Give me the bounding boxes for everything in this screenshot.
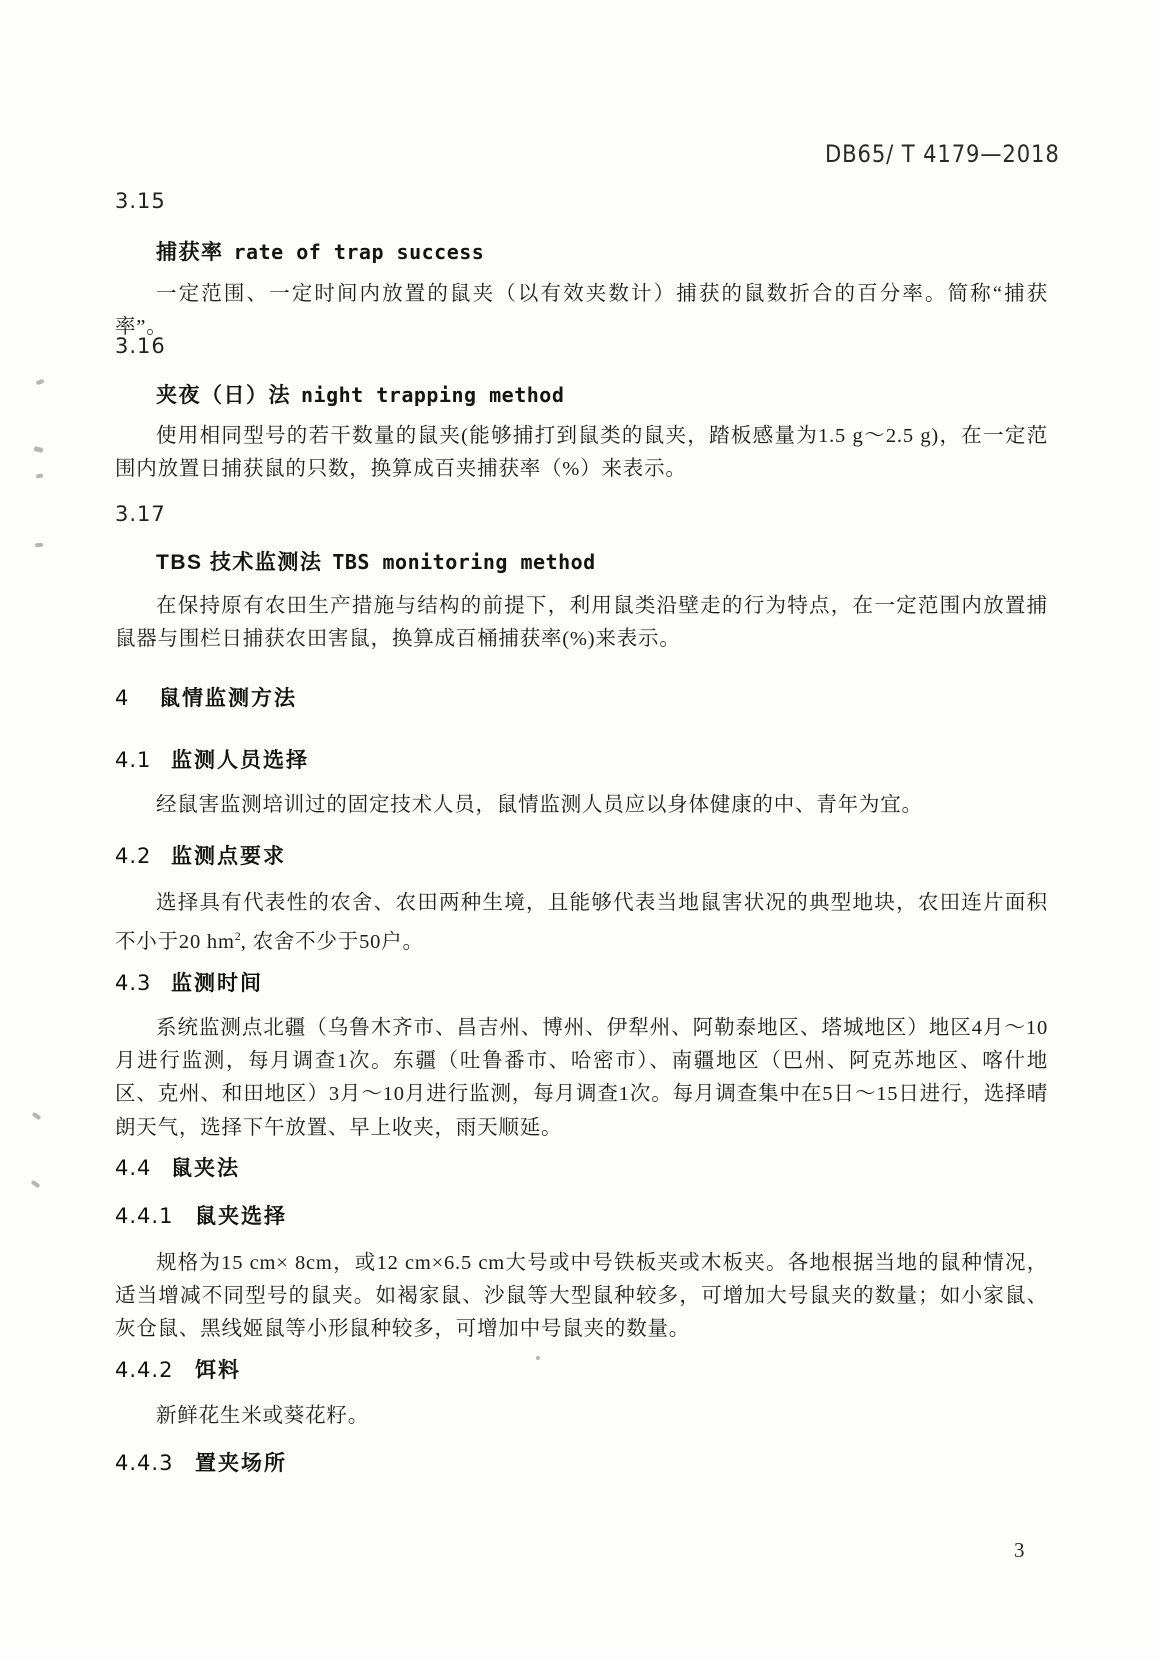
scan-artifact [536, 1356, 540, 1360]
term-number-3-17: 3.17 [115, 502, 166, 526]
section-number: 4.4.2 [115, 1358, 195, 1382]
section-4-2-body: 选择具有代表性的农舍、农田两种生境，且能够代表当地鼠害状况的典型地块，农田连片面… [115, 887, 1048, 959]
scan-artifact [36, 473, 44, 478]
scan-artifact [35, 543, 43, 548]
chapter-4-heading: 4鼠情监测方法 [115, 682, 297, 712]
section-title: 监测时间 [171, 972, 263, 995]
term-title-en: TBS monitoring method [332, 550, 595, 574]
term-title-zh: 捕获率 [156, 241, 224, 264]
section-4-3-body: 系统监测点北疆（乌鲁木齐市、昌吉州、博州、伊犁州、阿勒泰地区、塔城地区）地区4月… [115, 1012, 1048, 1145]
section-title: 鼠夹法 [171, 1157, 240, 1180]
page-number: 3 [1014, 1538, 1025, 1563]
section-4-4-2-heading: 4.4.2饵料 [115, 1354, 241, 1384]
section-4-4-1-heading: 4.4.1鼠夹选择 [115, 1200, 287, 1230]
term-title-3-17: TBS 技术监测法TBS monitoring method [156, 546, 596, 576]
section-4-3-heading: 4.3监测时间 [115, 967, 263, 997]
term-title-zh: 夹夜（日）法 [156, 384, 291, 407]
term-definition-3-17: 在保持原有农田生产措施与结构的前提下，利用鼠类沿壁走的行为特点，在一定范围内放置… [115, 590, 1048, 656]
scan-artifact [32, 1112, 42, 1120]
section-4-4-1-body: 规格为15 cm× 8cm，或12 cm×6.5 cm大号或中号铁板夹或木板夹。… [115, 1247, 1048, 1347]
term-title-3-15: 捕获率rate of trap success [156, 236, 484, 266]
section-number: 4.4.1 [115, 1204, 195, 1228]
section-4-1-body: 经鼠害监测培训过的固定技术人员，鼠情监测人员应以身体健康的中、青年为宜。 [115, 789, 1048, 822]
body-text: , 农舍不少于50户。 [241, 931, 424, 953]
section-number: 4.3 [115, 971, 171, 995]
section-4-2-heading: 4.2监测点要求 [115, 840, 286, 870]
section-number: 4.4 [115, 1156, 171, 1180]
section-4-1-heading: 4.1监测人员选择 [115, 744, 309, 774]
scan-artifact [31, 1180, 41, 1188]
section-number: 4.2 [115, 844, 171, 868]
term-title-en: rate of trap success [234, 240, 485, 264]
term-definition-3-16: 使用相同型号的若干数量的鼠夹(能够捕打到鼠类的鼠夹，踏板感量为1.5 g～2.5… [115, 420, 1048, 486]
section-number: 4.1 [115, 748, 171, 772]
chapter-number: 4 [115, 686, 159, 710]
chapter-title: 鼠情监测方法 [159, 687, 297, 710]
section-title: 鼠夹选择 [195, 1205, 287, 1228]
term-number-3-16: 3.16 [115, 334, 166, 358]
term-definition-3-15: 一定范围、一定时间内放置的鼠夹（以有效夹数计）捕获的鼠数折合的百分率。简称“捕获… [115, 278, 1048, 344]
section-number: 4.4.3 [115, 1451, 195, 1475]
term-number-3-15: 3.15 [115, 189, 166, 213]
section-4-4-2-body: 新鲜花生米或葵花籽。 [115, 1400, 1048, 1433]
section-title: 饵料 [195, 1359, 241, 1382]
scan-artifact [34, 446, 44, 453]
document-page: DB65/ T 4179—2018 3.15 捕获率rate of trap s… [0, 0, 1160, 1661]
standard-code: DB65/ T 4179—2018 [825, 140, 1060, 168]
section-title: 监测点要求 [171, 845, 286, 868]
section-4-4-heading: 4.4鼠夹法 [115, 1152, 240, 1182]
term-title-en: night trapping method [301, 383, 564, 407]
term-title-3-16: 夹夜（日）法night trapping method [156, 379, 564, 409]
section-4-4-3-heading: 4.4.3置夹场所 [115, 1447, 287, 1477]
section-title: 置夹场所 [195, 1452, 287, 1475]
section-title: 监测人员选择 [171, 749, 309, 772]
term-title-zh: TBS 技术监测法 [156, 551, 322, 574]
scan-artifact [36, 379, 45, 385]
